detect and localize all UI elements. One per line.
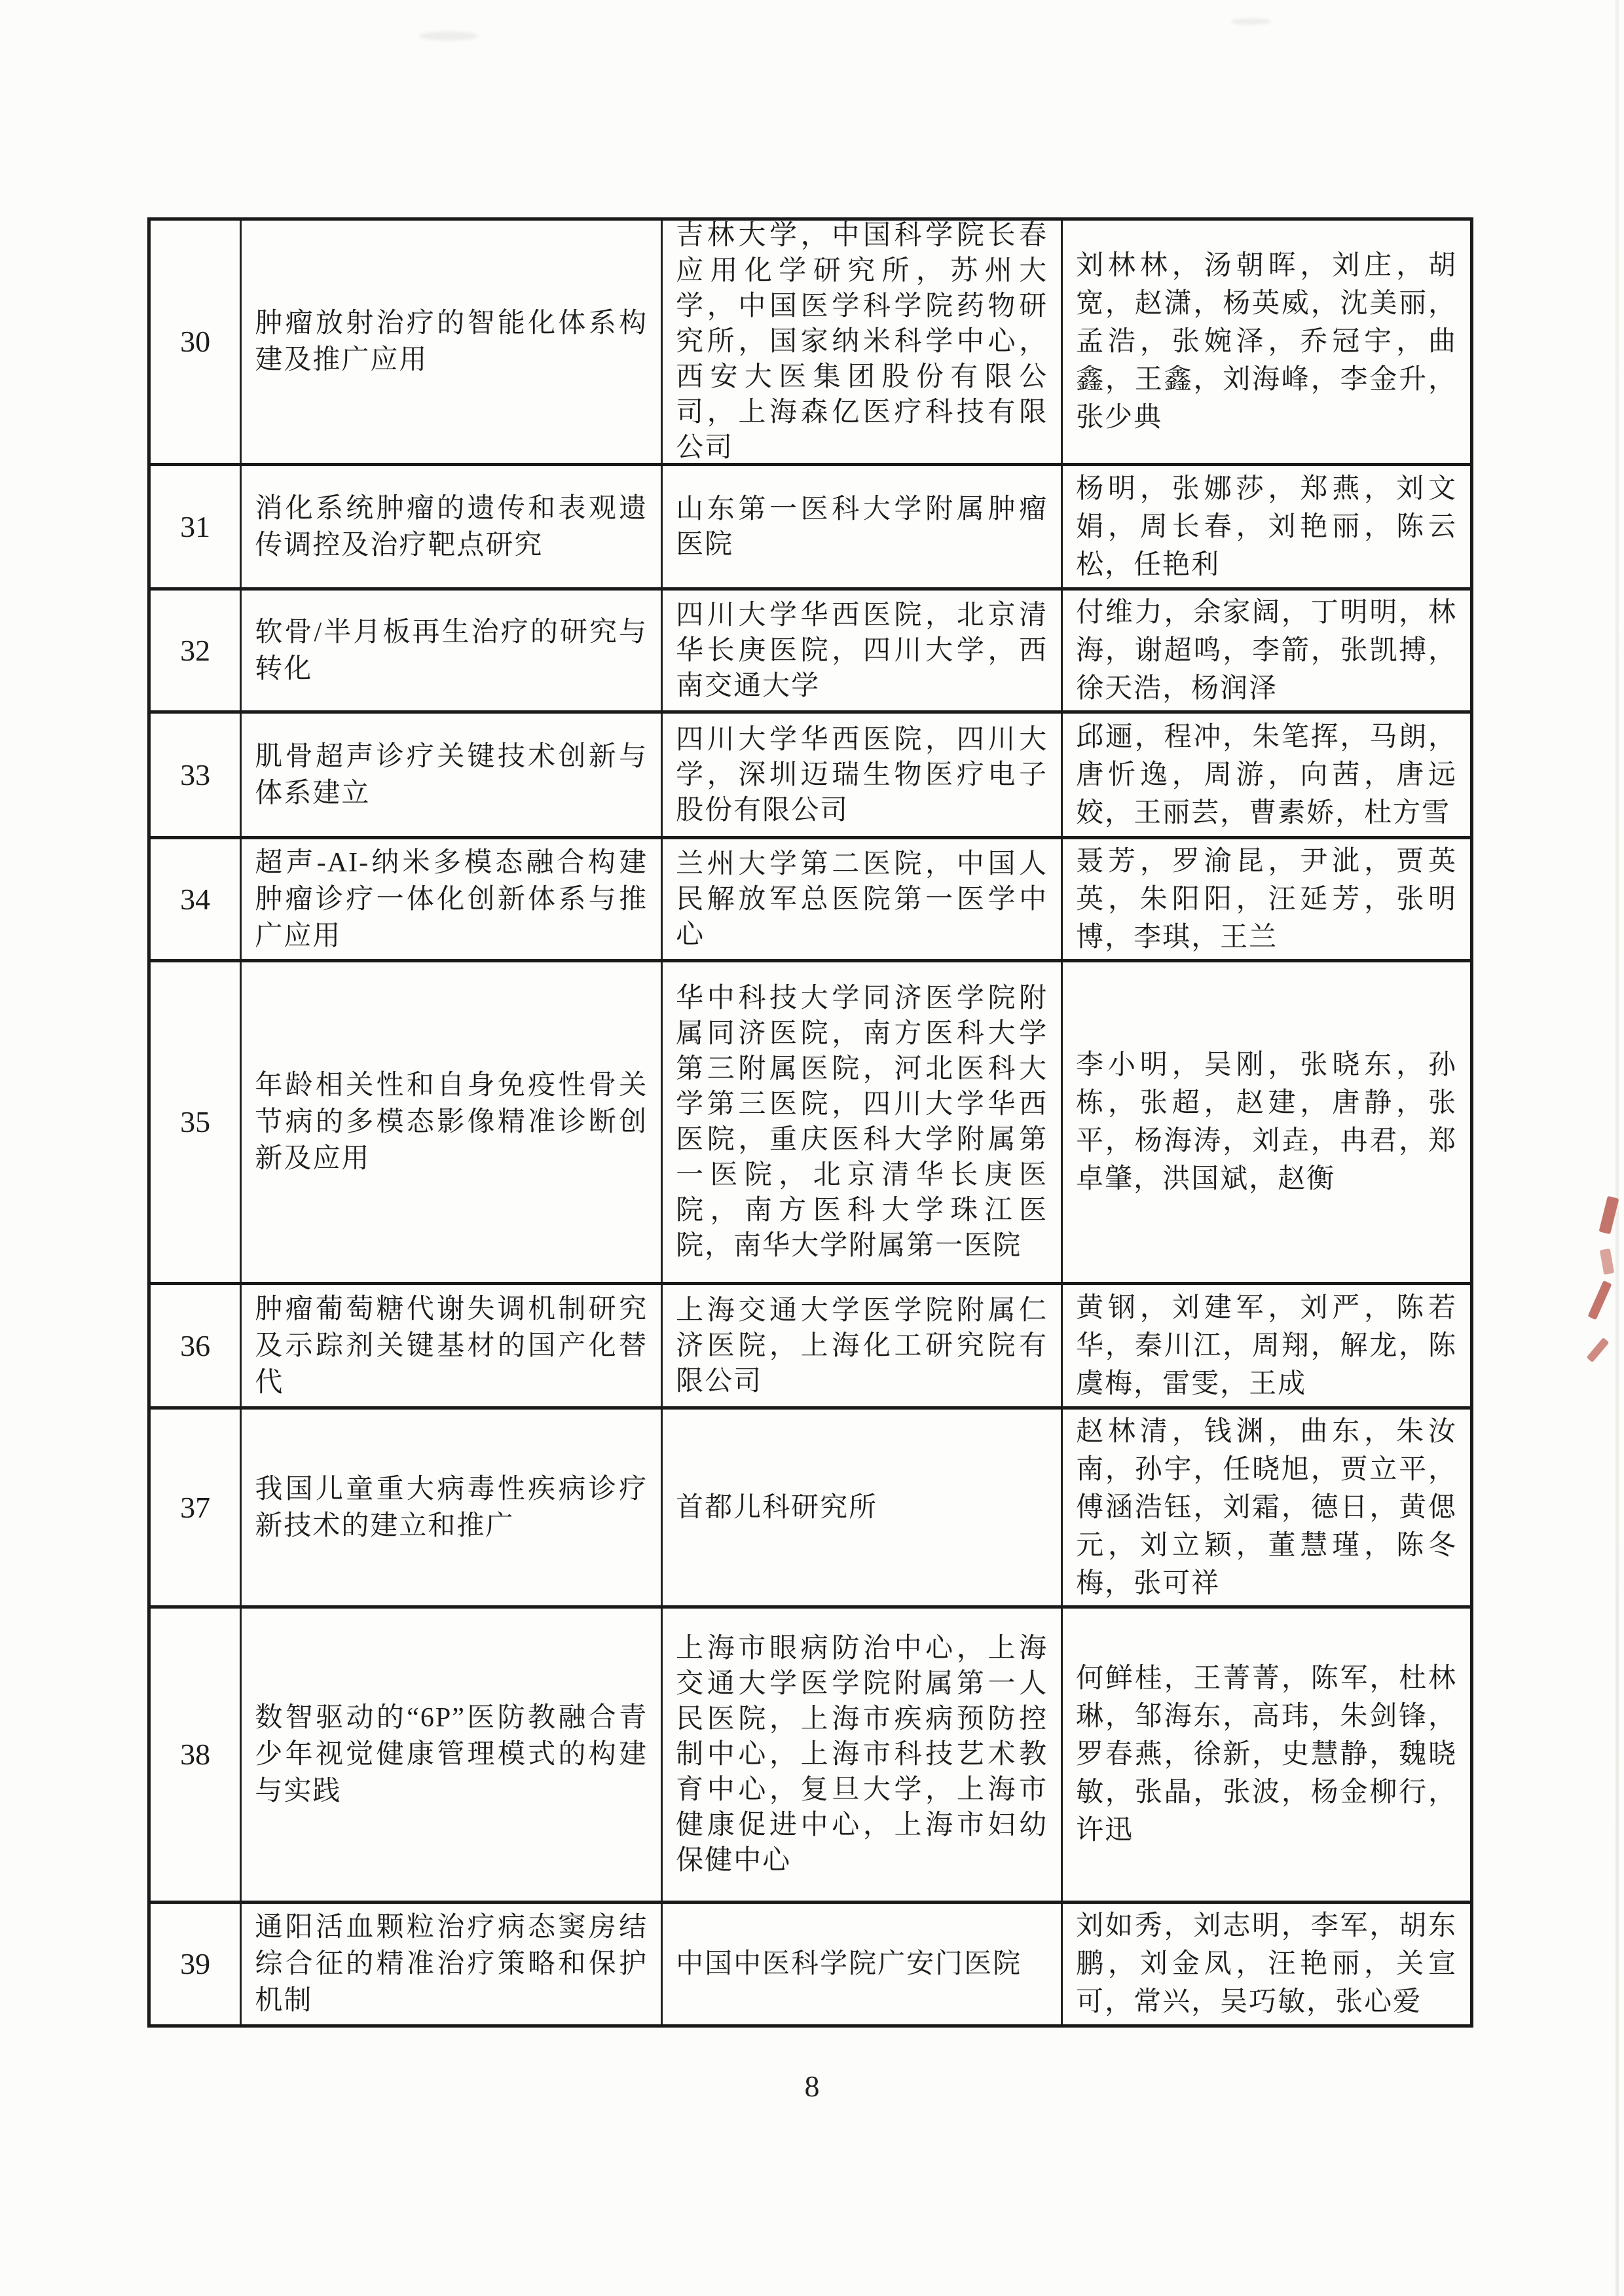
table-row: 31 消化系统肿瘤的遗传和表观遗传调控及治疗靶点研究 山东第一医科大学附属肿瘤医… bbox=[151, 466, 1470, 591]
institutions-cell: 兰州大学第二医院，中国人民解放军总医院第一医学中心 bbox=[663, 839, 1063, 959]
project-title-cell: 通阳活血颗粒治疗病态窦房结综合征的精准治疗策略和保护机制 bbox=[242, 1904, 663, 2024]
members: 李小明，吴刚，张晓东，孙栋，张超，赵建，唐静，张平，杨海涛，刘垚，冉君，郑卓肇，… bbox=[1076, 1046, 1457, 1198]
institutions: 山东第一医科大学附属肿瘤医院 bbox=[676, 492, 1048, 562]
project-title: 超声-AI-纳米多模态融合构建肿瘤诊疗一体化创新体系与推广应用 bbox=[255, 845, 648, 955]
institutions-cell: 华中科技大学同济医学院附属同济医院，南方医科大学第三附属医院，河北医科大学第三医… bbox=[663, 962, 1063, 1282]
project-title-cell: 软骨/半月板再生治疗的研究与转化 bbox=[242, 591, 663, 710]
members-cell: 刘如秀，刘志明，李军，胡东鹏，刘金凤，汪艳丽，关宣可，常兴，吴巧敏，张心爱 bbox=[1063, 1904, 1470, 2024]
page-number: 8 bbox=[0, 2069, 1624, 2104]
table-row: 35 年龄相关性和自身免疫性骨关节病的多模态影像精准诊断创新及应用 华中科技大学… bbox=[151, 962, 1470, 1285]
row-number-cell: 34 bbox=[151, 839, 242, 959]
project-title: 肌骨超声诊疗关键技术创新与体系建立 bbox=[255, 738, 648, 812]
scan-smudge bbox=[419, 31, 478, 41]
project-title: 软骨/半月板再生治疗的研究与转化 bbox=[255, 614, 648, 687]
row-number-cell: 35 bbox=[151, 962, 242, 1282]
project-title: 肿瘤放射治疗的智能化体系构建及推广应用 bbox=[255, 305, 648, 378]
members-cell: 刘林林，汤朝晖，刘庄，胡宽，赵潇，杨英威，沈美丽，孟浩，张婉泽，乔冠宇，曲鑫，王… bbox=[1063, 221, 1470, 463]
project-title-cell: 我国儿童重大病毒性疾病诊疗新技术的建立和推广 bbox=[242, 1410, 663, 1605]
project-title: 数智驱动的“6P”医防教融合青少年视觉健康管理模式的构建与实践 bbox=[255, 1700, 648, 1810]
scan-smudge bbox=[1231, 18, 1270, 25]
row-number: 37 bbox=[180, 1493, 210, 1523]
institutions-cell: 吉林大学，中国科学院长春应用化学研究所，苏州大学，中国医学科学院药物研究所，国家… bbox=[663, 221, 1063, 463]
members-cell: 邱逦，程冲，朱笔挥，马朗，唐忻逸，周游，向茜，唐远姣，王丽芸，曹素娇，杜方雪 bbox=[1063, 714, 1470, 836]
row-number-cell: 33 bbox=[151, 714, 242, 836]
row-number-cell: 39 bbox=[151, 1904, 242, 2024]
award-projects-table: 30 肿瘤放射治疗的智能化体系构建及推广应用 吉林大学，中国科学院长春应用化学研… bbox=[147, 217, 1473, 2028]
scan-red-mark bbox=[1600, 1248, 1614, 1275]
scan-red-mark bbox=[1587, 1338, 1610, 1362]
row-number: 34 bbox=[180, 884, 210, 915]
institutions: 四川大学华西医院，北京清华长庚医院，四川大学，西南交通大学 bbox=[676, 598, 1048, 704]
members: 赵林清，钱渊，曲东，朱汝南，孙宇，任晓旭，贾立平，傅涵浩钰，刘霜，德日，黄偲元，… bbox=[1076, 1413, 1457, 1603]
project-title: 年龄相关性和自身免疫性骨关节病的多模态影像精准诊断创新及应用 bbox=[255, 1067, 648, 1177]
institutions-cell: 四川大学华西医院，四川大学，深圳迈瑞生物医疗电子股份有限公司 bbox=[663, 714, 1063, 836]
members: 刘如秀，刘志明，李军，胡东鹏，刘金凤，汪艳丽，关宣可，常兴，吴巧敏，张心爱 bbox=[1076, 1907, 1457, 2021]
table-row: 34 超声-AI-纳米多模态融合构建肿瘤诊疗一体化创新体系与推广应用 兰州大学第… bbox=[151, 839, 1470, 962]
table-row: 37 我国儿童重大病毒性疾病诊疗新技术的建立和推广 首都儿科研究所 赵林清，钱渊… bbox=[151, 1410, 1470, 1609]
project-title: 我国儿童重大病毒性疾病诊疗新技术的建立和推广 bbox=[255, 1471, 648, 1544]
project-title: 肿瘤葡萄糖代谢失调机制研究及示踪剂关键基材的国产化替代 bbox=[255, 1291, 648, 1401]
row-number-cell: 32 bbox=[151, 591, 242, 710]
project-title-cell: 肿瘤葡萄糖代谢失调机制研究及示踪剂关键基材的国产化替代 bbox=[242, 1285, 663, 1406]
scan-edge-artifact bbox=[1615, 0, 1619, 2296]
institutions-cell: 四川大学华西医院，北京清华长庚医院，四川大学，西南交通大学 bbox=[663, 591, 1063, 710]
project-title: 通阳活血颗粒治疗病态窦房结综合征的精准治疗策略和保护机制 bbox=[255, 1909, 648, 2019]
scan-red-mark bbox=[1587, 1281, 1612, 1321]
row-number: 38 bbox=[180, 1740, 210, 1770]
members-cell: 杨明，张娜莎，郑燕，刘文娟，周长春，刘艳丽，陈云松，任艳利 bbox=[1063, 466, 1470, 587]
table-row: 32 软骨/半月板再生治疗的研究与转化 四川大学华西医院，北京清华长庚医院，四川… bbox=[151, 591, 1470, 714]
institutions: 华中科技大学同济医学院附属同济医院，南方医科大学第三附属医院，河北医科大学第三医… bbox=[676, 981, 1048, 1264]
row-number: 35 bbox=[180, 1107, 210, 1137]
scanned-document-page: { "doc": { "page_number": "8", "scan": {… bbox=[0, 0, 1624, 2296]
institutions-cell: 中国中医科学院广安门医院 bbox=[663, 1904, 1063, 2024]
project-title-cell: 超声-AI-纳米多模态融合构建肿瘤诊疗一体化创新体系与推广应用 bbox=[242, 839, 663, 959]
members: 杨明，张娜莎，郑燕，刘文娟，周长春，刘艳丽，陈云松，任艳利 bbox=[1076, 470, 1457, 584]
institutions: 四川大学华西医院，四川大学，深圳迈瑞生物医疗电子股份有限公司 bbox=[676, 722, 1048, 828]
row-number: 32 bbox=[180, 636, 210, 666]
institutions: 兰州大学第二医院，中国人民解放军总医院第一医学中心 bbox=[676, 847, 1048, 953]
members-cell: 聂芳，罗渝昆，尹泚，贾英英，朱阳阳，汪延芳，张明博，李琪，王兰 bbox=[1063, 839, 1470, 959]
members-cell: 李小明，吴刚，张晓东，孙栋，张超，赵建，唐静，张平，杨海涛，刘垚，冉君，郑卓肇，… bbox=[1063, 962, 1470, 1282]
institutions: 吉林大学，中国科学院长春应用化学研究所，苏州大学，中国医学科学院药物研究所，国家… bbox=[676, 221, 1048, 463]
project-title-cell: 年龄相关性和自身免疫性骨关节病的多模态影像精准诊断创新及应用 bbox=[242, 962, 663, 1282]
project-title-cell: 肌骨超声诊疗关键技术创新与体系建立 bbox=[242, 714, 663, 836]
table-row: 33 肌骨超声诊疗关键技术创新与体系建立 四川大学华西医院，四川大学，深圳迈瑞生… bbox=[151, 714, 1470, 839]
table-row: 36 肿瘤葡萄糖代谢失调机制研究及示踪剂关键基材的国产化替代 上海交通大学医学院… bbox=[151, 1285, 1470, 1410]
row-number: 33 bbox=[180, 760, 210, 790]
row-number-cell: 36 bbox=[151, 1285, 242, 1406]
institutions: 中国中医科学院广安门医院 bbox=[676, 1946, 1048, 1982]
members: 聂芳，罗渝昆，尹泚，贾英英，朱阳阳，汪延芳，张明博，李琪，王兰 bbox=[1076, 843, 1457, 957]
row-number-cell: 37 bbox=[151, 1410, 242, 1605]
members-cell: 黄钢，刘建军，刘严，陈若华，秦川江，周翔，解龙，陈虞梅，雷雯，王成 bbox=[1063, 1285, 1470, 1406]
members: 邱逦，程冲，朱笔挥，马朗，唐忻逸，周游，向茜，唐远姣，王丽芸，曹素娇，杜方雪 bbox=[1076, 718, 1457, 832]
institutions-cell: 首都儿科研究所 bbox=[663, 1410, 1063, 1605]
row-number: 31 bbox=[180, 512, 210, 542]
project-title-cell: 数智驱动的“6P”医防教融合青少年视觉健康管理模式的构建与实践 bbox=[242, 1609, 663, 1901]
institutions-cell: 上海市眼病防治中心，上海交通大学医学院附属第一人民医院，上海市疾病预防控制中心，… bbox=[663, 1609, 1063, 1901]
institutions-cell: 上海交通大学医学院附属仁济医院，上海化工研究院有限公司 bbox=[663, 1285, 1063, 1406]
members: 黄钢，刘建军，刘严，陈若华，秦川江，周翔，解龙，陈虞梅，雷雯，王成 bbox=[1076, 1289, 1457, 1403]
members: 何鲜桂，王菁菁，陈军，杜林琳，邹海东，高玮，朱剑锋，罗春燕，徐新，史慧静，魏晓敏… bbox=[1076, 1660, 1457, 1850]
project-title: 消化系统肿瘤的遗传和表观遗传调控及治疗靶点研究 bbox=[255, 490, 648, 564]
row-number: 30 bbox=[180, 327, 210, 357]
institutions: 上海交通大学医学院附属仁济医院，上海化工研究院有限公司 bbox=[676, 1293, 1048, 1399]
project-title-cell: 肿瘤放射治疗的智能化体系构建及推广应用 bbox=[242, 221, 663, 463]
table-row: 39 通阳活血颗粒治疗病态窦房结综合征的精准治疗策略和保护机制 中国中医科学院广… bbox=[151, 1904, 1470, 2024]
institutions: 首都儿科研究所 bbox=[676, 1490, 1048, 1525]
members: 付维力，余家阔，丁明明，林海，谢超鸣，李箭，张凯搏，徐天浩，杨润泽 bbox=[1076, 594, 1457, 708]
members-cell: 付维力，余家阔，丁明明，林海，谢超鸣，李箭，张凯搏，徐天浩，杨润泽 bbox=[1063, 591, 1470, 710]
members: 刘林林，汤朝晖，刘庄，胡宽，赵潇，杨英威，沈美丽，孟浩，张婉泽，乔冠宇，曲鑫，王… bbox=[1076, 247, 1457, 437]
members-cell: 赵林清，钱渊，曲东，朱汝南，孙宇，任晓旭，贾立平，傅涵浩钰，刘霜，德日，黄偲元，… bbox=[1063, 1410, 1470, 1605]
row-number-cell: 31 bbox=[151, 466, 242, 587]
row-number-cell: 38 bbox=[151, 1609, 242, 1901]
institutions-cell: 山东第一医科大学附属肿瘤医院 bbox=[663, 466, 1063, 587]
row-number: 39 bbox=[180, 1949, 210, 1979]
project-title-cell: 消化系统肿瘤的遗传和表观遗传调控及治疗靶点研究 bbox=[242, 466, 663, 587]
table-row: 38 数智驱动的“6P”医防教融合青少年视觉健康管理模式的构建与实践 上海市眼病… bbox=[151, 1609, 1470, 1904]
members-cell: 何鲜桂，王菁菁，陈军，杜林琳，邹海东，高玮，朱剑锋，罗春燕，徐新，史慧静，魏晓敏… bbox=[1063, 1609, 1470, 1901]
row-number: 36 bbox=[180, 1331, 210, 1361]
row-number-cell: 30 bbox=[151, 221, 242, 463]
table-row: 30 肿瘤放射治疗的智能化体系构建及推广应用 吉林大学，中国科学院长春应用化学研… bbox=[151, 221, 1470, 466]
institutions: 上海市眼病防治中心，上海交通大学医学院附属第一人民医院，上海市疾病预防控制中心，… bbox=[676, 1631, 1048, 1878]
